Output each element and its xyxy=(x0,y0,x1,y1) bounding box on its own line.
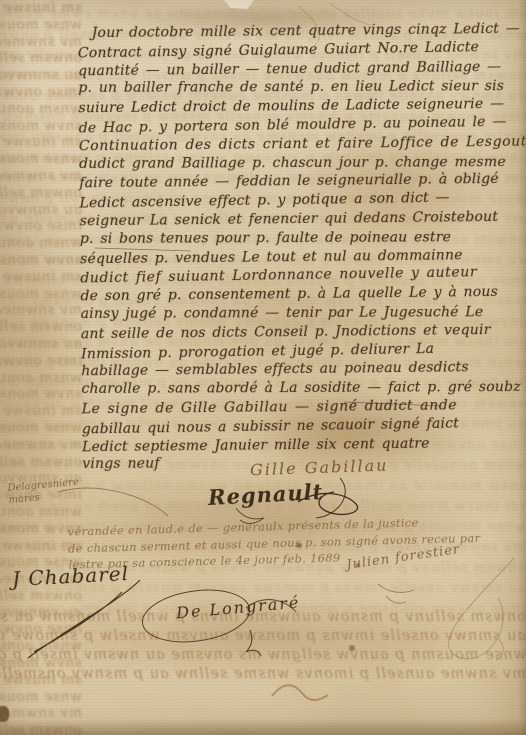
bleed-row: sm inuswe mv xyxy=(0,269,82,286)
bleed-row: wnse mousmn a xyxy=(0,286,82,303)
bleed-row: snvw monsell xyxy=(0,252,82,269)
bleed-row: mv snwmea on xyxy=(0,302,82,319)
bleed-row: mv snwmea on xyxy=(0,705,82,722)
bleed-row: imse onvwm s xyxy=(0,84,82,101)
bleed-row: onwsm sellu n xyxy=(0,185,82,202)
bleed-row: sm inuswe mv xyxy=(0,0,82,17)
signature-chabarel: J Chabarel xyxy=(11,561,129,591)
bleed-row: snvw monsell xyxy=(0,655,82,672)
margin-note: Delagresniere mares xyxy=(7,477,80,507)
registration-annotation: vérandée en laud.e de — generaulx présen… xyxy=(67,512,498,573)
bleed-row: onwsm sellu n xyxy=(0,454,82,471)
bleed-row: au smnwvo im xyxy=(0,605,82,622)
bleed-row: mv snwmea on xyxy=(0,437,82,454)
bleed-row: wnsm aonuse xyxy=(0,235,82,252)
bleed-row: onwsm sellu n xyxy=(0,50,82,67)
bleed-row: snvw monsell xyxy=(0,386,82,403)
bleed-row: imse onvwm s xyxy=(0,353,82,370)
bleed-row: snvw monsell xyxy=(0,118,82,135)
manuscript-page: sm inusw mvne sauilles smgne au dommnumw… xyxy=(0,0,526,735)
bleed-row: imse onvwm s xyxy=(0,621,82,638)
paper-edge-bottom-shadow xyxy=(0,719,526,735)
bleed-row: mv snwme aunsell p imonvs wnsme sellnw a… xyxy=(0,665,526,684)
longrare-paraph-mark xyxy=(246,630,261,656)
bleed-through-bottom: onwsm sellunv p msnow aunwsme imvns p wn… xyxy=(0,608,526,688)
bleed-through-left-margin: sm inuswe mvwnse mousmn amv snwmea ononw… xyxy=(0,0,82,735)
bleed-row: au smnwv onselle imwns p monswe aunvsm w… xyxy=(0,627,526,646)
bleed-row: mv snwmea on xyxy=(0,168,82,185)
bleed-row: wnsm aonuse xyxy=(0,101,82,118)
signature-gabillau: Gille Gabillau xyxy=(250,456,389,480)
bleed-row: wnse mousmn p aunvw sellgnw ms onvsme au… xyxy=(0,646,526,665)
pencil-loop-flourish xyxy=(449,558,514,660)
bleed-row: sm inuswe mv xyxy=(0,403,82,420)
manuscript-text-block: Jour doctobre mille six cent quatre ving… xyxy=(78,20,525,476)
bleed-row: onwsm sellu n xyxy=(0,722,82,735)
bottom-s-curve-flourish xyxy=(272,685,328,700)
bleed-row: wnsm aonuse xyxy=(0,370,82,387)
signature-regnault: Regnault xyxy=(207,479,323,510)
bleed-row: wnsm aonuse xyxy=(0,638,82,655)
bleed-row: wnse mousmn a xyxy=(0,420,82,437)
bleed-row: au smnwvo im xyxy=(0,336,82,353)
paper-chip-top-edge xyxy=(224,0,254,9)
bleed-row: au smnwvo im xyxy=(0,202,82,219)
bleed-row: wnse mousmn a xyxy=(0,151,82,168)
bleed-row: sm inuswe mv xyxy=(0,672,82,689)
chabarel-paraph-icon xyxy=(28,580,140,658)
bleed-row: onwsm sellu n xyxy=(0,319,82,336)
bleed-row: sm inuswe mv xyxy=(0,134,82,151)
bleed-row: imse onvwm s xyxy=(0,218,82,235)
forestier-flourish xyxy=(378,584,414,603)
bleed-row: mv snwmea on xyxy=(0,34,82,51)
bleed-row: wnse mousmn a xyxy=(0,17,82,34)
ink-spot xyxy=(349,645,355,651)
bleed-row: wnse mousmn a xyxy=(0,689,82,706)
signature-longrare: De Longraré xyxy=(175,593,301,623)
paper-notch-bottom-left xyxy=(0,706,9,722)
bleed-row: au smnwvo im xyxy=(0,67,82,84)
